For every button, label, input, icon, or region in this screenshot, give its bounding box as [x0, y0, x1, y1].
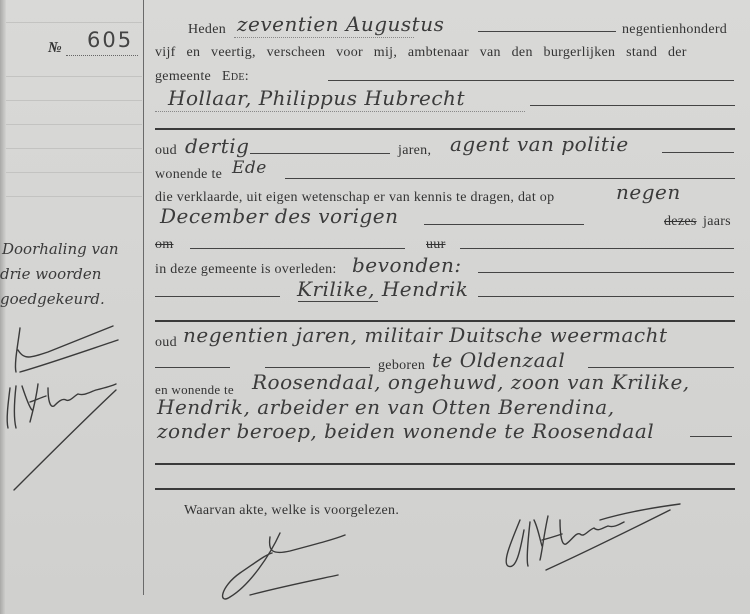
fill-rule: [155, 320, 735, 322]
fill-rule: [478, 272, 734, 273]
fill-rule: [328, 80, 734, 81]
fill-rule: [478, 296, 734, 297]
handwritten-deceased-age-occupation: negentien jaren, militair Duitsche weerm…: [183, 323, 668, 347]
margin-rule: [6, 22, 142, 23]
dotted-fill: [155, 110, 525, 112]
printed-uur-struck: uur: [426, 237, 446, 253]
record-number-dots: [66, 55, 138, 56]
margin-note-line-3: goedgekeurd.: [0, 290, 105, 308]
margin-note-line-2: drie woorden: [0, 265, 101, 283]
fill-rule: [155, 463, 735, 465]
fill-rule: [265, 367, 370, 368]
fill-rule: [155, 367, 230, 368]
margin-note-line-1: Doorhaling van: [2, 240, 119, 258]
handwritten-residence: Ede: [232, 158, 267, 178]
record-number-label: №: [48, 40, 62, 57]
fill-rule: [250, 153, 390, 154]
margin-rule: [6, 100, 142, 101]
margin-signature-registrar: [4, 380, 124, 500]
handwritten-bevonden: bevonden:: [352, 253, 462, 277]
surname-underline: [298, 301, 378, 302]
margin-rule: [6, 196, 142, 197]
fill-rule: [285, 178, 735, 179]
printed-line-2: vijf en veertig, verscheen voor mij, amb…: [155, 45, 687, 61]
margin-signature-declarant: [8, 320, 123, 380]
printed-wonende-te: wonende te: [155, 167, 222, 183]
fill-rule: [588, 367, 734, 368]
margin-rule: [6, 172, 142, 173]
fill-rule: [662, 152, 734, 153]
printed-om-struck: om: [155, 237, 174, 253]
handwritten-residence-1: Roosendaal, ongehuwd, zoon van Krilike,: [252, 370, 690, 394]
handwritten-declarant-name: Hollaar, Philippus Hubrecht: [168, 86, 465, 110]
fill-rule: [190, 248, 405, 249]
margin-rule: [6, 124, 142, 125]
printed-jaars: jaars: [703, 214, 731, 230]
printed-heden: Heden: [188, 22, 226, 38]
printed-closing: Waarvan akte, welke is voorgelezen.: [184, 503, 399, 519]
printed-negentienhonderd: negentienhonderd: [622, 22, 727, 38]
handwritten-occupation: agent van politie: [450, 132, 629, 156]
printed-oud-2: oud: [155, 335, 177, 351]
fill-rule: [478, 31, 616, 32]
handwritten-date: zeventien Augustus: [237, 12, 444, 36]
fill-rule: [424, 224, 584, 225]
register-page: № 605 Heden zeventien Augustus negentien…: [0, 0, 750, 614]
record-number: 605: [87, 28, 133, 52]
margin-rule: [6, 76, 142, 77]
handwritten-deceased-name: Krilike, Hendrik: [297, 277, 468, 301]
printed-dezes-struck: dezes: [664, 214, 697, 230]
fill-rule: [155, 296, 280, 297]
printed-oud: oud: [155, 143, 177, 159]
fill-rule: [155, 128, 735, 130]
printed-overleden: in deze gemeente is overleden:: [155, 262, 337, 278]
handwritten-birthplace: te Oldenzaal: [432, 348, 565, 372]
handwritten-death-day: negen: [616, 180, 681, 204]
handwritten-declarant-age: dertig: [185, 134, 249, 158]
fill-rule: [460, 248, 734, 249]
dotted-fill: [234, 36, 414, 38]
handwritten-residence-3: zonder beroep, beiden wonende te Roosend…: [157, 419, 654, 443]
signature-registrar: [490, 500, 690, 585]
fill-rule: [155, 488, 735, 490]
printed-jaren: jaren,: [398, 143, 431, 159]
printed-gemeente: gemeente: [155, 69, 211, 85]
handwritten-death-month: December des vorigen: [160, 204, 399, 228]
margin-divider: [143, 0, 144, 595]
printed-municipality: Ede:: [222, 69, 249, 85]
margin-rule: [6, 148, 142, 149]
fill-rule: [530, 105, 735, 106]
fill-rule: [690, 436, 732, 437]
signature-declarant: [210, 525, 360, 605]
handwritten-residence-2: Hendrik, arbeider en van Otten Berendina…: [157, 395, 615, 419]
